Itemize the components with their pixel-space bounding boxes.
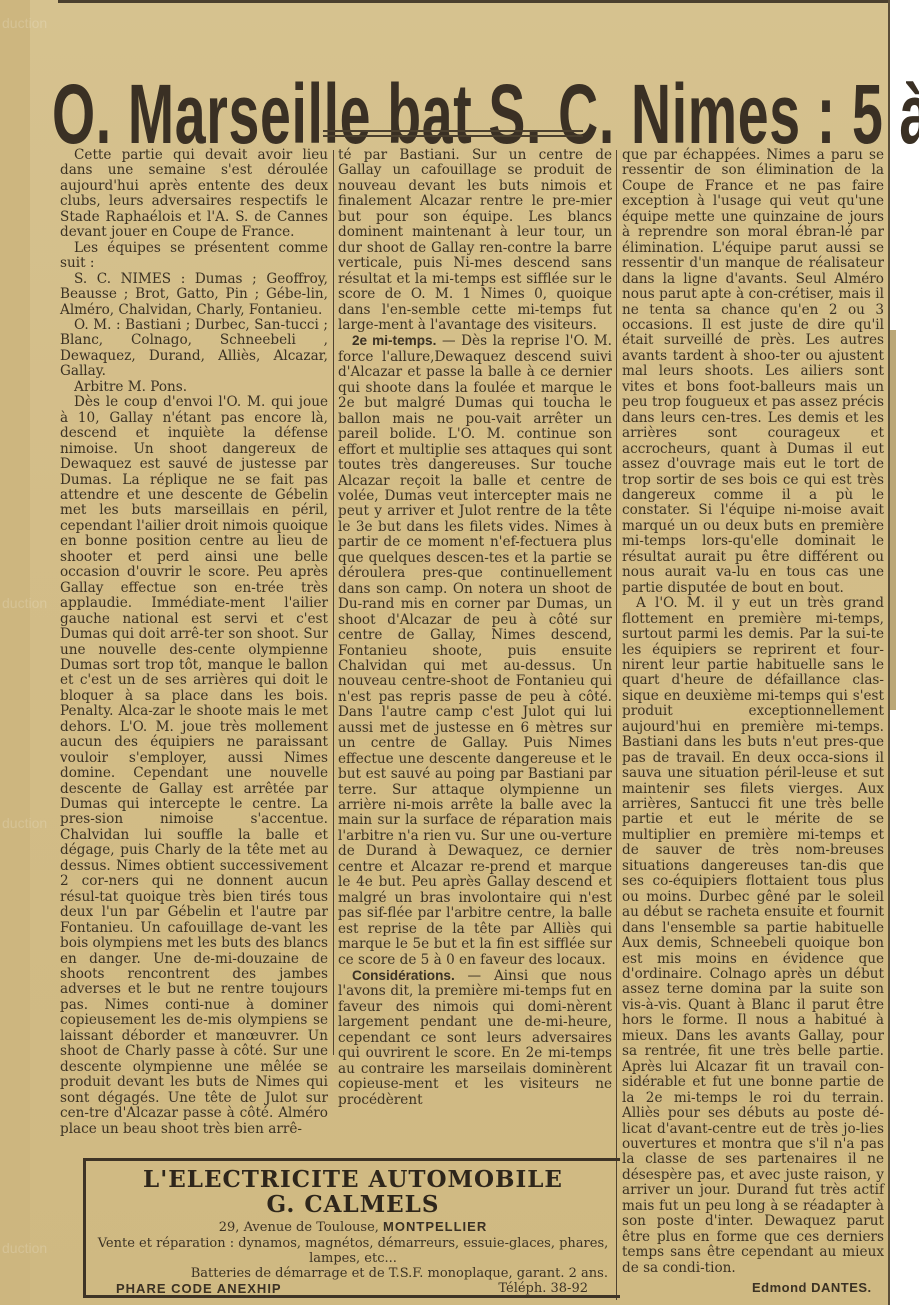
top-rule [58, 0, 888, 3]
article-paragraph: té par Bastiani. Sur un centre de Gallay… [338, 148, 612, 333]
article-paragraph: Les équipes se présentent comme suit : [60, 241, 328, 272]
ad-brand: PHARE CODE ANEXHIP [116, 1281, 282, 1296]
article-paragraph: Considérations. — Ainsi que nous l'avons… [338, 968, 612, 1108]
article-paragraph: Dès le coup d'envoi l'O. M. qui joue à 1… [60, 395, 328, 1137]
watermark: duction [2, 815, 47, 831]
ad-title: L'ELECTRICITE AUTOMOBILE [86, 1167, 620, 1193]
article-paragraph: Cette partie qui devait avoir lieu dans … [60, 148, 328, 241]
article-column-1: Cette partie qui devait avoir lieu dans … [60, 148, 328, 1137]
article-column-2: té par Bastiani. Sur un centre de Gallay… [338, 148, 612, 1108]
article-paragraph: Arbitre M. Pons. [60, 380, 328, 395]
column-rule [616, 150, 617, 1300]
article-signature: Edmond DANTES. [752, 1280, 872, 1295]
advertisement-box: L'ELECTRICITE AUTOMOBILE G. CALMELS 29, … [83, 1158, 620, 1298]
article-paragraph: S. C. NIMES : Dumas ; Geoffroy, Beausse … [60, 272, 328, 318]
page-edge-right [888, 0, 919, 1305]
ad-city: MONTPELLIER [383, 1219, 487, 1234]
watermark: duction [2, 1240, 47, 1256]
ad-address: 29, Avenue de Toulouse, MONTPELLIER [86, 1219, 620, 1236]
ad-phone: Téléph. 38-92 [498, 1281, 588, 1296]
ad-batteries: Batteries de démarrage et de T.S.F. mono… [86, 1266, 620, 1281]
article-column-3: que par échappées. Nimes a paru se resse… [622, 148, 884, 1276]
watermark: duction [2, 595, 47, 611]
article-paragraph: A l'O. M. il y eut un très grand flottem… [622, 596, 884, 1276]
article-headline: O. Marseille bat S. C. Nimes : 5 à 0 [52, 70, 604, 158]
headline-rule [323, 130, 583, 132]
column-rule [333, 150, 334, 1055]
ad-footer: PHARE CODE ANEXHIP Téléph. 38-92 [86, 1281, 620, 1296]
ad-company: G. CALMELS [86, 1193, 620, 1217]
watermark: duction [2, 15, 47, 31]
section-heading: 2e mi-temps. [352, 333, 436, 348]
article-paragraph: O. M. : Bastiani ; Durbec, San-tucci ; B… [60, 318, 328, 380]
article-paragraph: 2e mi-temps. — Dès la reprise l'O. M. fo… [338, 333, 612, 968]
ad-services: Vente et réparation : dynamos, magnétos,… [86, 1236, 620, 1266]
article-paragraph: que par échappées. Nimes a paru se resse… [622, 148, 884, 596]
section-heading: Considérations. [352, 968, 455, 983]
page-border-right [888, 0, 890, 1305]
headline-rule [323, 135, 583, 137]
